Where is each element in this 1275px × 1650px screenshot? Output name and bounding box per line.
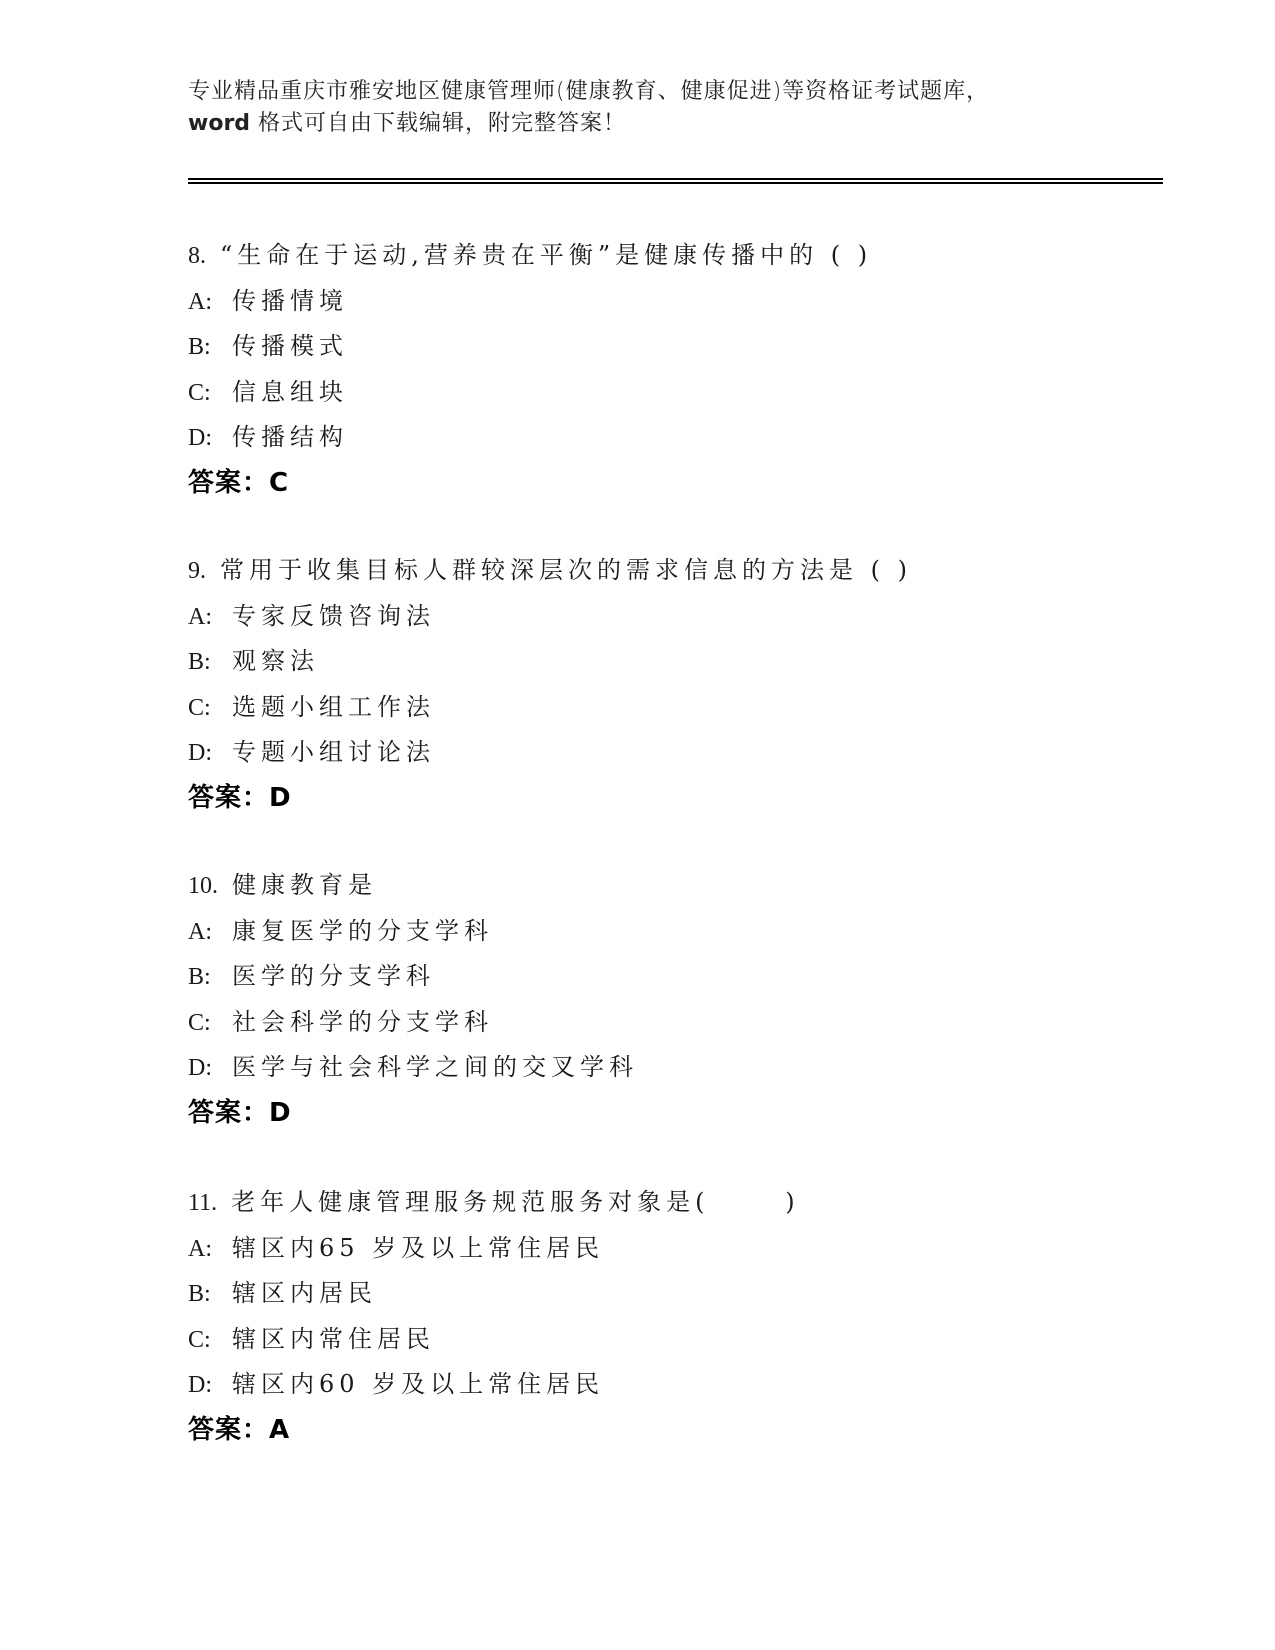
answer-line: 答案：D <box>188 1091 1168 1137</box>
question-stem: 10.健康教育是 <box>188 863 1168 909</box>
option-d: D:医学与社会科学之间的交叉学科 <box>188 1045 1168 1091</box>
answer-value: C <box>269 468 289 498</box>
option-text: 专题小组讨论法 <box>232 738 435 766</box>
option-text: 辖区内常住居民 <box>232 1325 435 1353</box>
question-stem: 8.“生命在于运动,营养贵在平衡”是健康传播中的 ( ) <box>188 233 1168 279</box>
option-key: C: <box>188 1318 232 1364</box>
option-text: 医学的分支学科 <box>232 962 435 990</box>
answer-line: 答案：D <box>188 776 1168 822</box>
option-key: B: <box>188 325 232 371</box>
question-text: 健康教育是 <box>232 871 377 899</box>
answer-label: 答案： <box>188 1098 269 1128</box>
option-key: C: <box>188 1001 232 1047</box>
header-subtitle-text: 格式可自由下载编辑，附完整答案！ <box>250 111 626 136</box>
option-c: C:选题小组工作法 <box>188 685 1168 731</box>
answer-line: 答案：A <box>188 1408 1168 1454</box>
option-text: 传播情境 <box>232 287 348 315</box>
header-subtitle-line: word 格式可自由下载编辑，附完整答案！ <box>188 108 1163 140</box>
option-text: 观察法 <box>232 647 319 675</box>
option-a: A:传播情境 <box>188 279 1168 325</box>
option-b: B:传播模式 <box>188 324 1168 370</box>
option-key: C: <box>188 686 232 732</box>
option-text: 社会科学的分支学科 <box>232 1008 493 1036</box>
option-key: D: <box>188 1046 232 1092</box>
option-key: B: <box>188 640 232 686</box>
option-c: C:信息组块 <box>188 370 1168 416</box>
answer-label: 答案： <box>188 1415 269 1445</box>
option-text: 医学与社会科学之间的交叉学科 <box>232 1053 638 1081</box>
answer-label: 答案： <box>188 783 269 813</box>
option-key: D: <box>188 1363 232 1409</box>
option-key: C: <box>188 371 232 417</box>
option-text: 辖区内居民 <box>232 1279 377 1307</box>
option-c: C:辖区内常住居民 <box>188 1317 1168 1363</box>
option-d: D:专题小组讨论法 <box>188 730 1168 776</box>
question-stem: 11.老年人健康管理服务规范服务对象是( ) <box>188 1180 1168 1226</box>
option-key: A: <box>188 910 232 956</box>
option-key: A: <box>188 595 232 641</box>
option-a: A:专家反馈咨询法 <box>188 594 1168 640</box>
option-text: 康复医学的分支学科 <box>232 917 493 945</box>
option-a: A:康复医学的分支学科 <box>188 909 1168 955</box>
option-a: A:辖区内65 岁及以上常住居民 <box>188 1226 1168 1272</box>
option-key: D: <box>188 416 232 462</box>
question-stem: 9.常用于收集目标人群较深层次的需求信息的方法是 ( ) <box>188 548 1168 594</box>
question-number: 8. <box>188 243 206 269</box>
answer-value: D <box>269 783 292 813</box>
question-text: 常用于收集目标人群较深层次的需求信息的方法是 ( ) <box>220 556 912 584</box>
document-page: 专业精品重庆市雅安地区健康管理师(健康教育、健康促进)等资格证考试题库， wor… <box>0 0 1275 1650</box>
answer-label: 答案： <box>188 468 269 498</box>
option-text: 传播模式 <box>232 332 348 360</box>
option-key: B: <box>188 1272 232 1318</box>
question-number: 10. <box>188 873 218 899</box>
option-text: 信息组块 <box>232 378 348 406</box>
question-number: 11. <box>188 1190 217 1216</box>
question-text: “生命在于运动,营养贵在平衡”是健康传播中的 ( ) <box>220 241 872 269</box>
header-title-line: 专业精品重庆市雅安地区健康管理师(健康教育、健康促进)等资格证考试题库， <box>188 76 1163 108</box>
question-9: 9.常用于收集目标人群较深层次的需求信息的方法是 ( ) A:专家反馈咨询法 B… <box>188 548 1168 821</box>
answer-line: 答案：C <box>188 461 1168 507</box>
header-word-format: word <box>188 111 250 136</box>
option-text: 辖区内60 岁及以上常住居民 <box>232 1370 604 1398</box>
option-b: B:辖区内居民 <box>188 1271 1168 1317</box>
option-key: A: <box>188 280 232 326</box>
option-key: A: <box>188 1227 232 1273</box>
option-c: C:社会科学的分支学科 <box>188 1000 1168 1046</box>
document-header: 专业精品重庆市雅安地区健康管理师(健康教育、健康促进)等资格证考试题库， wor… <box>188 76 1163 140</box>
option-text: 传播结构 <box>232 423 348 451</box>
answer-value: D <box>269 1098 292 1128</box>
option-d: D:辖区内60 岁及以上常住居民 <box>188 1362 1168 1408</box>
option-text: 专家反馈咨询法 <box>232 602 435 630</box>
question-10: 10.健康教育是 A:康复医学的分支学科 B:医学的分支学科 C:社会科学的分支… <box>188 863 1168 1136</box>
option-d: D:传播结构 <box>188 415 1168 461</box>
option-key: B: <box>188 955 232 1001</box>
option-text: 辖区内65 岁及以上常住居民 <box>232 1234 604 1262</box>
question-8: 8.“生命在于运动,营养贵在平衡”是健康传播中的 ( ) A:传播情境 B:传播… <box>188 233 1168 506</box>
option-key: D: <box>188 731 232 777</box>
question-11: 11.老年人健康管理服务规范服务对象是( ) A:辖区内65 岁及以上常住居民 … <box>188 1180 1168 1453</box>
question-number: 9. <box>188 558 206 584</box>
option-b: B:医学的分支学科 <box>188 954 1168 1000</box>
option-text: 选题小组工作法 <box>232 693 435 721</box>
answer-value: A <box>269 1415 290 1445</box>
option-b: B:观察法 <box>188 639 1168 685</box>
question-text: 老年人健康管理服务规范服务对象是( ) <box>231 1188 800 1216</box>
header-double-rule <box>188 178 1163 184</box>
